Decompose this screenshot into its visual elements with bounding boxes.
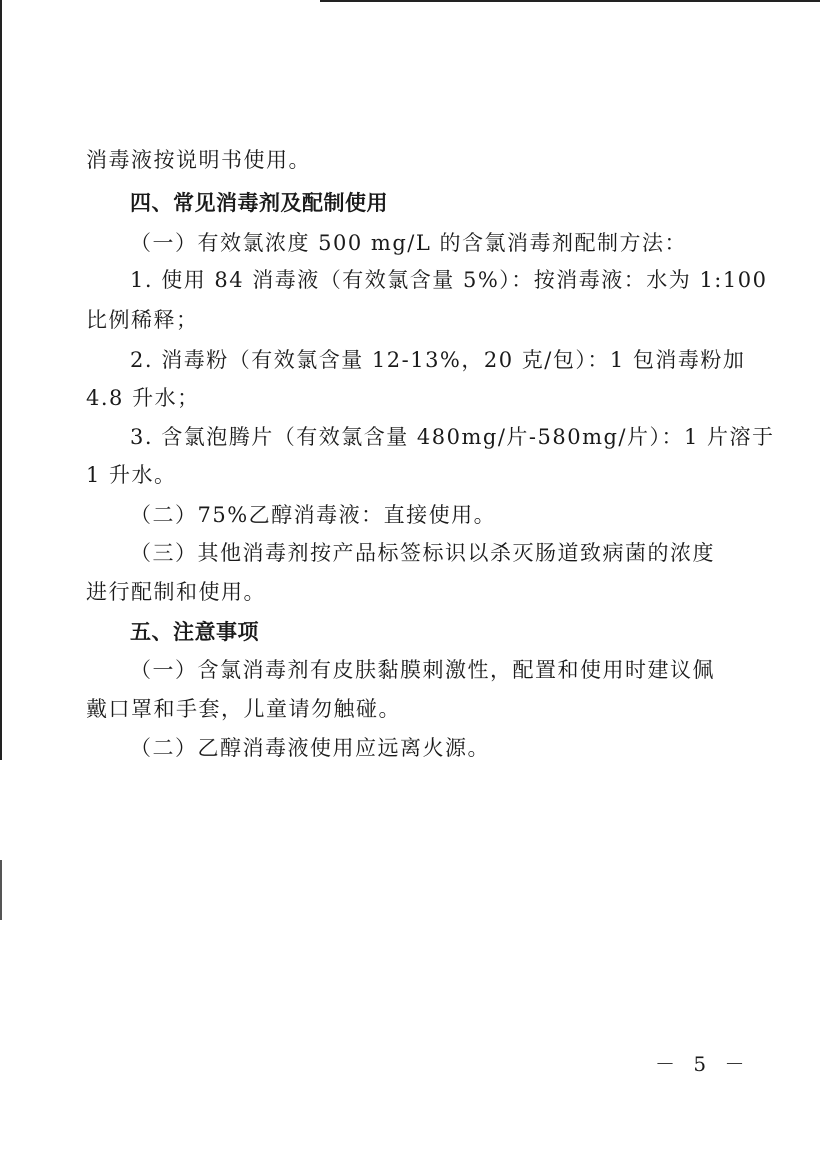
subsection-1-title: （一）有效氯浓度 500 mg/L 的含氯消毒剂配制方法： — [130, 228, 687, 258]
section-heading-4: 四、常见消毒剂及配制使用 — [130, 188, 388, 218]
list-item-3-cont: 1 升水。 — [86, 460, 177, 490]
list-item-1: 1. 使用 84 消毒液（有效氯含量 5%）：按消毒液：水为 1:100 — [130, 265, 767, 295]
list-item-1-cont: 比例稀释； — [86, 305, 199, 335]
notice-1: （一）含氯消毒剂有皮肤黏膜刺激性，配置和使用时建议佩 — [130, 655, 715, 685]
subsection-3: （三）其他消毒剂按产品标签标识以杀灭肠道致病菌的浓度 — [130, 538, 715, 568]
scan-border-top — [320, 0, 820, 2]
subsection-2: （二）75%乙醇消毒液：直接使用。 — [130, 500, 496, 530]
page-number: － 5 － — [655, 1048, 750, 1077]
list-item-3: 3. 含氯泡腾片（有效氯含量 480mg/片-580mg/片）：1 片溶于 — [130, 422, 775, 452]
subsection-3-cont: 进行配制和使用。 — [86, 577, 266, 607]
notice-1-cont: 戴口罩和手套，儿童请勿触碰。 — [86, 694, 401, 724]
notice-2: （二）乙醇消毒液使用应远离火源。 — [130, 733, 490, 763]
scan-border-left — [0, 0, 2, 760]
list-item-2: 2. 消毒粉（有效氯含量 12-13%，20 克/包）：1 包消毒粉加 — [130, 345, 745, 375]
list-item-2-cont: 4.8 升水； — [86, 383, 200, 413]
section-heading-5: 五、注意事项 — [130, 617, 259, 647]
paragraph-line: 消毒液按说明书使用。 — [86, 145, 311, 175]
scan-border-left-fragment — [0, 860, 2, 920]
